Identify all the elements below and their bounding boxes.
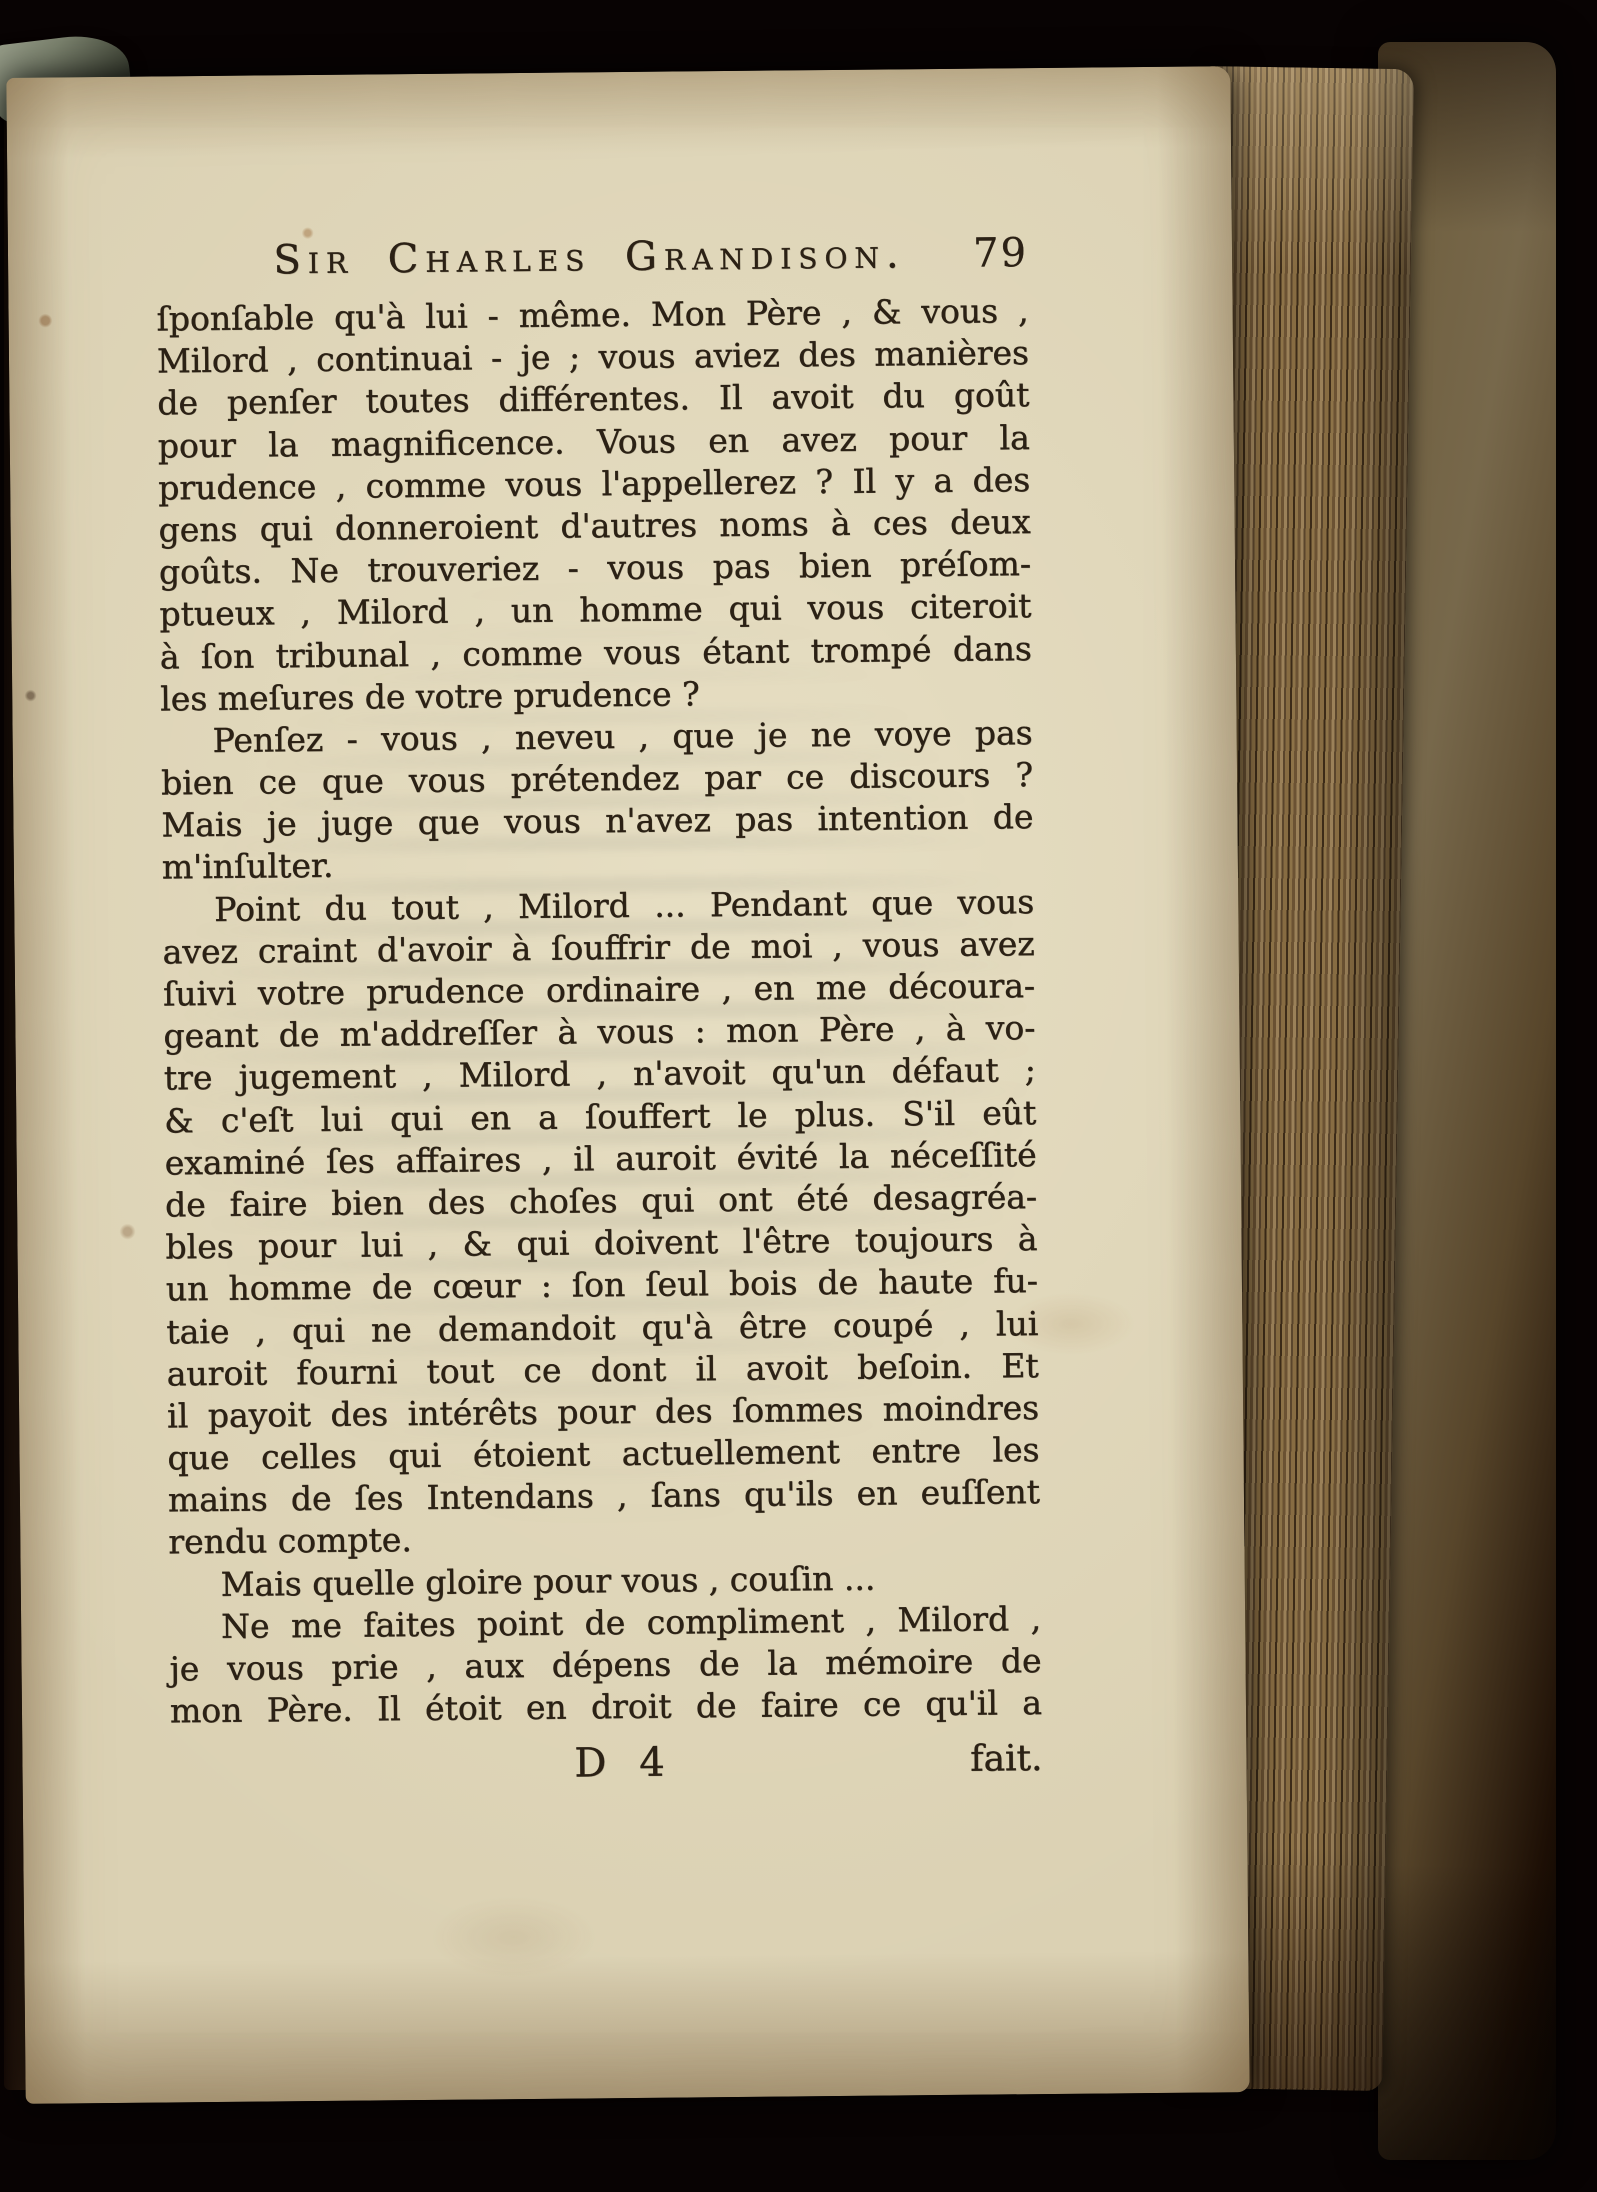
signature-mark: D 4 — [574, 1740, 675, 1787]
catchword: fait. — [970, 1738, 1043, 1780]
running-header: Sir Charles Grandison. 79 — [156, 230, 1028, 284]
text-line: à ſon tribunal , comme vous étant trompé… — [160, 628, 1032, 679]
text-line: mon Père. Il étoit en droit de faire ce … — [170, 1682, 1042, 1733]
text-line: mains de ſes Intendans , ſans qu'ils en … — [168, 1471, 1040, 1522]
body-text-block: ſponſable qu'à lui - même. Mon Père , & … — [156, 290, 1042, 1733]
book-page: Sir Charles Grandison. 79 ſponſable qu'à… — [6, 66, 1249, 2104]
book-scan-photo: { "book": { "running_header": { "title":… — [0, 0, 1597, 2192]
signature-line: D 4 fait. — [170, 1736, 1043, 1804]
text-line: Mais je juge que vous n'avez pas intenti… — [161, 796, 1033, 847]
running-header-title: Sir Charles Grandison. — [206, 231, 974, 284]
page-number: 79 — [973, 230, 1028, 277]
